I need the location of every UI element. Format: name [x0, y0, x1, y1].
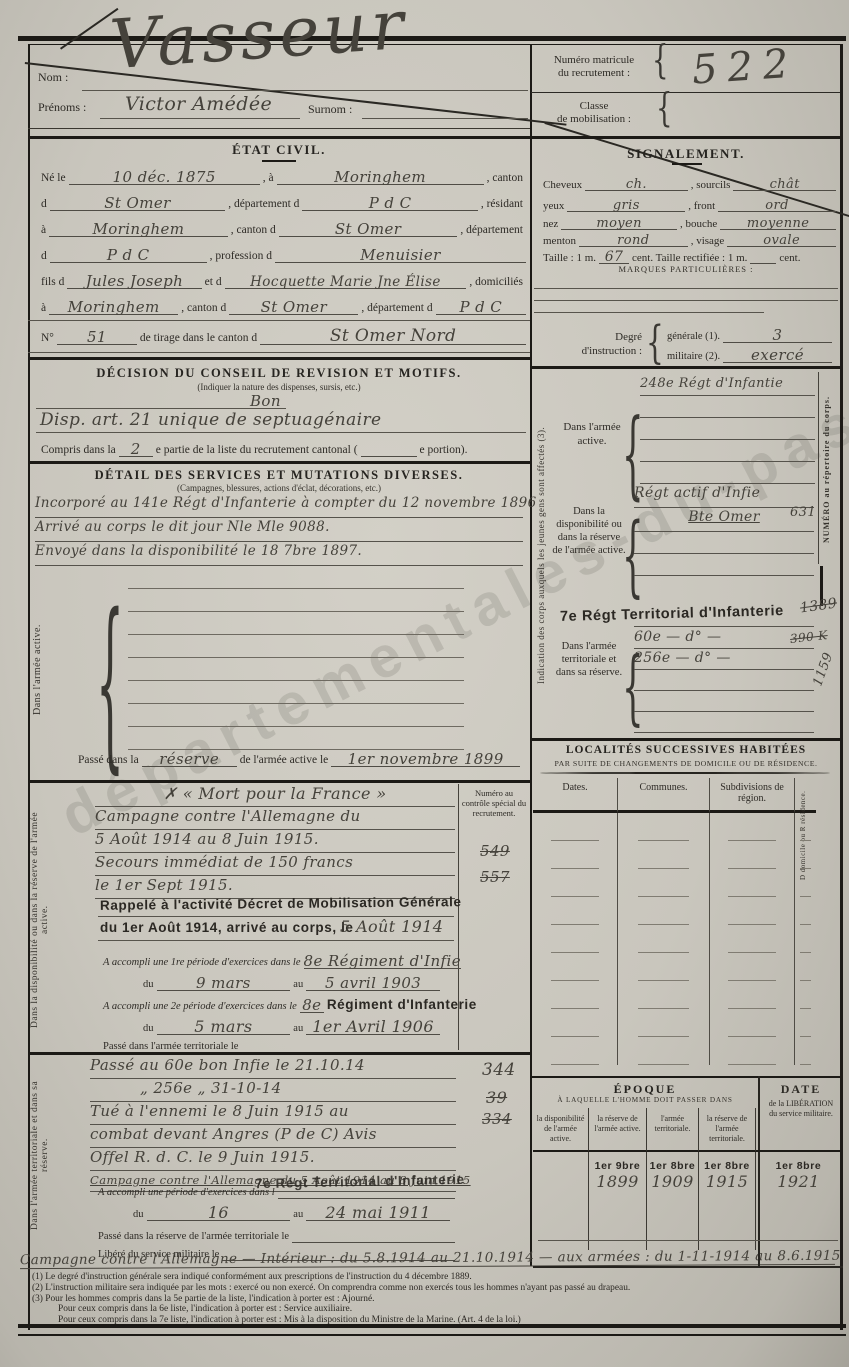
periode1-row: A accompli une 1re période d'exercices d… — [100, 950, 454, 969]
periode2-value: 8e — [302, 996, 321, 1014]
generale-label: générale (1). — [664, 331, 723, 343]
corps-terr-number: 1389 — [799, 595, 838, 616]
mere-value: Hocquette Marie Jne Élise — [250, 274, 441, 290]
numero-matricule-label-1: Numéro matricule — [538, 54, 650, 67]
service-entry: Arrivé au corps le dit jour Nle Mle 9088… — [35, 519, 330, 535]
signalement-row-yeux: yeux gris , front ord — [540, 193, 836, 212]
decision-motif: Disp. art. 21 unique de septuagénaire — [40, 410, 381, 430]
departement-label: , département d — [225, 198, 302, 211]
secours-entry: le 1er Sept 1915. — [95, 876, 233, 894]
date-stamp: 1er 8bre — [756, 1160, 841, 1172]
footnote-2: (2) L'instruction militaire sera indiqué… — [32, 1283, 838, 1294]
taille-label-2: cent. Taille rectifiée : 1 m. — [629, 252, 750, 264]
mutation-entry: Passé au 60e bon Infie le 21.10.14 — [90, 1056, 365, 1074]
services-entries: Incorporé au 141e Régt d'Infanterie à co… — [35, 494, 523, 566]
naissance-date: 10 déc. 1875 — [113, 168, 216, 186]
periode2-label: A accompli une 2e période d'exercices da… — [100, 1001, 300, 1013]
etat-civil-line-1: Né le 10 déc. 1875 , à Moringhem , canto… — [38, 166, 526, 185]
etat-civil-line-6: à Moringhem , canton d St Omer , départe… — [38, 296, 526, 315]
sourcils-label: , sourcils — [688, 179, 734, 191]
localites-col-subdivisions: Subdivisions de région. — [710, 778, 795, 813]
cheveux-value: ch. — [626, 177, 647, 192]
passe-label-1: Passé dans la — [75, 754, 142, 767]
decision-subtitle: (Indiquer la nature des dispenses, sursi… — [28, 382, 530, 392]
numero-repertoire-label: NUMÉRO au répertoire du corps. — [822, 375, 838, 565]
territoriale-side-label: Dans l'armée territoriale et dans sa rés… — [30, 1070, 54, 1240]
blank-service-lines — [128, 566, 464, 750]
canton-label: , canton d — [178, 302, 229, 315]
compris-label-1: Compris dans la — [38, 444, 119, 457]
epoque-col-2: la réserve de l'armée active. — [589, 1108, 647, 1152]
periode1-value: 8e Régiment d'Infie — [304, 952, 461, 970]
compris-row: Compris dans la 2 e partie de la liste d… — [38, 438, 526, 457]
departement-value: P d C — [459, 298, 502, 316]
degre-militaire-row: militaire (2). exercé — [664, 344, 832, 363]
decision-title: DÉCISION DU CONSEIL DE REVISION ET MOTIF… — [28, 366, 530, 381]
epoque-title: ÉPOQUE — [532, 1082, 758, 1097]
numero-matricule-value: 522 — [691, 40, 800, 93]
classe-label-2: de mobilisation : — [538, 113, 650, 126]
epoque-col-3: l'armée territoriale. — [647, 1108, 699, 1152]
corps-territoriale-lines: 60e — d° — 256e — d° — — [634, 628, 814, 733]
d-label: d — [38, 198, 50, 211]
departement-value: P d C — [369, 194, 412, 212]
tirage-canton-label: de tirage dans le canton d — [137, 332, 260, 345]
localites-col-communes: Communes. — [618, 778, 710, 813]
domicilies-label: , domiciliés — [466, 276, 526, 289]
annee-value: 1921 — [756, 1172, 841, 1191]
etat-civil-title: ÉTAT CIVIL. — [28, 142, 530, 158]
au-label: au — [290, 1209, 306, 1221]
degre-label-1: Degré — [552, 330, 642, 344]
residence-value: Moringhem — [92, 220, 184, 238]
signalement-title: SIGNALEMENT. — [532, 146, 840, 162]
departement-value: P d C — [107, 246, 150, 264]
footnote-4: Pour ceux compris dans la 6e liste, l'in… — [32, 1304, 838, 1315]
corps-side-label: Indication des corps auxquels les jeunes… — [536, 380, 552, 730]
mobilisation-stamp-line-1: Rappelé à l'activité Décret de Mobilisat… — [100, 894, 462, 913]
passe-label-2: de l'armée active le — [237, 754, 332, 767]
canton-value: St Omer — [261, 298, 327, 316]
periode1-dates-row: du 9 mars au 5 avril 1903 — [140, 972, 440, 991]
corps-active-label: Dans l'armée active. — [560, 420, 624, 448]
passe-reserve-territoriale-row: Passé dans la réserve de l'armée territo… — [95, 1224, 455, 1243]
corps-active-value: 248e Régt d'Infantie — [640, 376, 783, 391]
tue-ennemi-entry: combat devant Angres (P de C) Avis — [90, 1125, 377, 1143]
secours-entry: Secours immédiat de 150 francs — [95, 853, 353, 871]
signalement-row-cheveux: Cheveux ch. , sourcils chât — [540, 172, 836, 191]
surnom-label: Surnom : — [308, 102, 352, 117]
corps-terr-row: 256e — d° — — [634, 650, 731, 666]
du-label: du — [130, 1209, 147, 1221]
canton-value: St Omer — [335, 220, 401, 238]
passe-territoriale-row: Passé dans l'armée territoriale le — [100, 1034, 454, 1053]
margin-num: 344 — [482, 1060, 516, 1080]
taille-label-3: cent. — [776, 252, 803, 264]
degre-label-2: d'instruction : — [552, 344, 642, 358]
tirage-row: N° 51 de tirage dans le canton d St Omer… — [38, 326, 526, 345]
tue-ennemi-entry: Tué à l'ennemi le 8 Juin 1915 au — [90, 1102, 349, 1120]
periode-au-value: 24 mai 1911 — [325, 1203, 430, 1222]
etat-civil-line-3: à Moringhem , canton d St Omer , départe… — [38, 218, 526, 237]
a-label: à — [38, 224, 49, 237]
campagne-entry: 5 Août 1914 au 8 Juin 1915. — [95, 830, 319, 848]
footnote-5: Pour ceux compris dans la 7e liste, l'in… — [32, 1315, 838, 1326]
departement-label: , département — [457, 224, 526, 237]
taille-row: Taille : 1 m. 67 cent. Taille rectifiée … — [540, 245, 836, 264]
annee-value: 1909 — [647, 1172, 698, 1191]
compris-label-2: e partie de la liste du recrutement cant… — [153, 444, 361, 457]
mobilisation-stamp-line-2: du 1er Août 1914, arrivé au corps, le — [100, 920, 354, 935]
armee-active-side-label: Dans l'armée active. — [32, 580, 43, 760]
corps-dispo-value-2: Bte Omer — [688, 509, 760, 525]
annee-value: 1915 — [699, 1172, 755, 1191]
localites-subtitle: PAR SUITE DE CHANGEMENTS DE DOMICILE OU … — [532, 759, 840, 768]
brace: { — [652, 39, 669, 84]
fils-label: fils d — [38, 276, 67, 289]
fiche-matricule-document: départementales-du-pas-de-calais Nom : V… — [0, 0, 849, 1367]
d-label: d — [38, 250, 50, 263]
canton-value: St Omer — [104, 194, 170, 212]
militaire-value: exercé — [751, 346, 804, 364]
departement-label: , département d — [358, 302, 435, 315]
a-label: , à — [260, 172, 277, 185]
corps-territoriale-label: Dans l'armée territoriale et dans sa rés… — [552, 640, 626, 679]
epoque-value-5: 1er 8bre 1921 — [756, 1152, 841, 1250]
localites-col-dates: Dates. — [533, 778, 618, 813]
tirage-canton-value: St Omer Nord — [330, 326, 456, 346]
cheveux-label: Cheveux — [540, 179, 585, 191]
controle-special-label: Numéro au contrôle spécial du recrutemen… — [461, 788, 527, 818]
etat-civil-line-2: d St Omer , département d P d C , résida… — [38, 192, 526, 211]
corps-dispo-value-1: Régt actif d'Infie — [634, 485, 760, 501]
numero-matricule-label-2: du recrutement : — [538, 67, 650, 80]
residant-label: , résidant — [478, 198, 526, 211]
arrivee-corps-date: 5 Août 1914 — [340, 917, 443, 936]
etat-civil-line-4: d P d C , profession d Menuisier — [38, 244, 526, 263]
canton-label: , canton — [484, 172, 526, 185]
profession-label: , profession d — [207, 250, 275, 263]
degre-generale-row: générale (1). 3 — [664, 324, 832, 343]
classe-mobilisation-label: Classe de mobilisation : — [538, 100, 650, 126]
annee-value: 1899 — [589, 1172, 646, 1191]
etat-civil-line-5: fils d Jules Joseph et d Hocquette Marie… — [38, 270, 526, 289]
profession-value: Menuisier — [360, 246, 441, 264]
generale-value: 3 — [773, 326, 783, 344]
domicile-value: Moringhem — [68, 298, 160, 316]
controle-num: 557 — [480, 868, 510, 886]
services-title: DÉTAIL DES SERVICES ET MUTATIONS DIVERSE… — [28, 468, 530, 483]
corps-dispo-lines: Régt actif d'Infie Bte Omer — [634, 484, 814, 576]
margin-num: 334 — [482, 1110, 512, 1128]
epoque-value-3: 1er 8bre 1909 — [647, 1152, 699, 1250]
numero-tirage-value: 51 — [87, 328, 107, 346]
periode-territoriale-label: A accompli une période d'exercices dans … — [95, 1187, 278, 1199]
services-subtitle: (Campagnes, blessures, actions d'éclat, … — [28, 483, 530, 493]
date-stamp: 1er 8bre — [647, 1160, 698, 1172]
taille-value: 67 — [605, 249, 624, 265]
disponibilite-entries: ✗ « Mort pour la France » Campagne contr… — [95, 784, 455, 899]
epoque-value-1 — [533, 1152, 589, 1250]
periode2-dates-row: du 5 mars au 1er Avril 1906 — [140, 1016, 440, 1035]
tue-ennemi-entry: Offel R. d. C. le 9 Juin 1915. — [90, 1148, 315, 1166]
naissance-lieu: Moringhem — [334, 168, 426, 186]
epoque-value-2: 1er 9bre 1899 — [589, 1152, 647, 1250]
corps-terr-number: 1159 — [810, 651, 836, 689]
epoque-col-1: la disponibilité de l'armée active. — [533, 1108, 589, 1152]
nom-label: Nom : — [38, 70, 68, 85]
campagne-entry: Campagne contre l'Allemagne du — [95, 807, 361, 825]
compris-value: 2 — [131, 440, 141, 458]
marques-particulieres-label: MARQUES PARTICULIÈRES : — [532, 264, 840, 274]
date-title: DATE — [760, 1082, 842, 1097]
ne-le-label: Né le — [38, 172, 69, 185]
nom-value: Vasseur — [108, 0, 411, 85]
au-label: au — [290, 979, 306, 991]
classe-label-1: Classe — [538, 100, 650, 113]
corps-terr-number: 390 K — [789, 628, 828, 646]
controle-num: 549 — [480, 842, 510, 860]
periode1-label: A accompli une 1re période d'exercices d… — [100, 957, 304, 969]
footnotes: (1) Le degré d'instruction générale sera… — [32, 1272, 838, 1326]
periode-territoriale-dates-row: du 16 au 24 mai 1911 — [130, 1202, 450, 1221]
epoque-col-4: la réserve de l'armée territoriale. — [699, 1108, 756, 1152]
degre-instruction-label: Degré d'instruction : — [552, 330, 642, 358]
sourcils-value: chât — [770, 177, 800, 192]
compris-label-3: e portion). — [417, 444, 471, 457]
epoque-subtitle: À LAQUELLE L'HOMME DOIT PASSER DANS — [532, 1096, 758, 1104]
pere-value: Jules Joseph — [86, 272, 184, 290]
numero-tirage-label: N° — [38, 332, 57, 345]
disponibilite-side-label: Dans la disponibilité ou dans la réserve… — [30, 800, 54, 1040]
footnote-3: (3) Pour les hommes compris dans la 5e p… — [32, 1294, 838, 1305]
passe-value-1: réserve — [159, 750, 219, 768]
periode1-au-value: 5 avril 1903 — [325, 974, 421, 992]
corps-active-lines: 248e Régt d'Infantie — [640, 374, 815, 484]
corps-dispo-number: 631 — [790, 505, 816, 520]
epoque-value-4: 1er 8bre 1915 — [699, 1152, 756, 1250]
taille-label-1: Taille : 1 m. — [540, 252, 599, 264]
localites-table: Dates. Communes. Subdivisions de région.… — [533, 778, 816, 1065]
date-stamp: 1er 8bre — [699, 1160, 755, 1172]
et-d-label: et d — [202, 276, 225, 289]
service-entry: Envoyé dans la disponibilité le 18 7bre … — [35, 543, 362, 559]
frame-bottom-thin — [18, 1334, 846, 1336]
margin-num: 39 — [486, 1088, 507, 1107]
a-label: à — [38, 302, 49, 315]
brace: { — [646, 316, 664, 369]
mutation-entry: „ 256e „ 31-10-14 — [140, 1079, 282, 1097]
date-stamp: 1er 9bre — [589, 1160, 646, 1172]
passe-reserve-row: Passé dans la réserve de l'armée active … — [75, 748, 520, 767]
prenoms-value: Victor Amédée — [125, 93, 272, 115]
numero-matricule-label: Numéro matricule du recrutement : — [538, 54, 650, 80]
militaire-label: militaire (2). — [664, 351, 723, 363]
localites-title: LOCALITÉS SUCCESSIVES HABITÉES — [532, 744, 840, 756]
footnote-1: (1) Le degré d'instruction générale sera… — [32, 1272, 838, 1283]
periode-du-value: 16 — [208, 1203, 229, 1222]
canton-label: , canton d — [228, 224, 279, 237]
service-entry: Incorporé au 141e Régt d'Infanterie à co… — [35, 495, 537, 511]
corps-dispo-label: Dans la disponibilité ou dans la réserve… — [552, 505, 626, 557]
corps-terr-row: 60e — d° — — [634, 629, 721, 645]
prenoms-label: Prénoms : — [38, 100, 86, 115]
passe-value-2: 1er novembre 1899 — [348, 750, 504, 768]
du-label: du — [140, 979, 157, 991]
regiment-infanterie-stamp: Régiment d'Infanterie — [324, 998, 480, 1013]
periode2-row: A accompli une 2e période d'exercices da… — [100, 994, 454, 1013]
corps-territorial-stamp: 7e Régt Territorial d'Infanterie — [560, 603, 784, 625]
territoriale-entries: Passé au 60e bon Infie le 21.10.14 „ 256… — [90, 1056, 456, 1192]
periode1-du-value: 9 mars — [196, 974, 251, 992]
brace: { — [656, 87, 673, 132]
epoque-table: la disponibilité de l'armée active. la r… — [533, 1108, 841, 1250]
mort-pour-la-france: ✗ « Mort pour la France » — [163, 784, 386, 803]
